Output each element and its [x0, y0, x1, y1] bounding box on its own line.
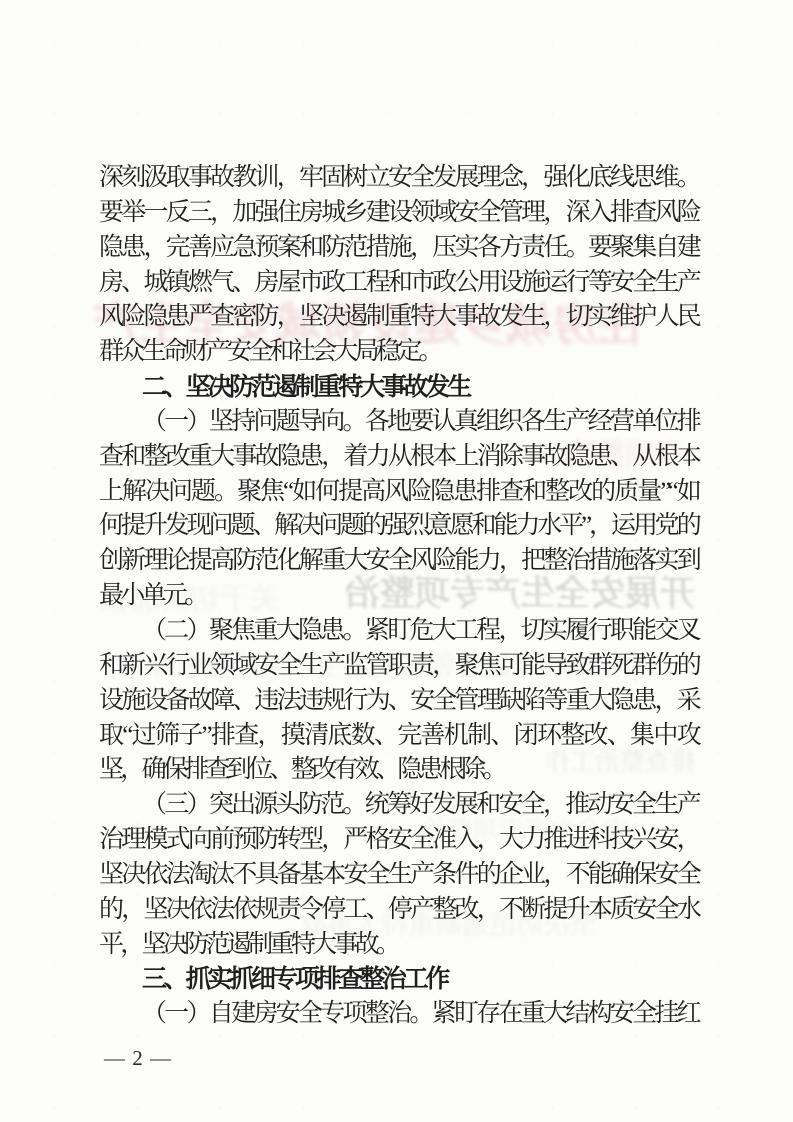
- body-text-line: 深刻汲取事故教训，牢固树立安全发展理念，强化底线思维。: [99, 161, 698, 196]
- scanned-document-page: 住房城乡建设领域安全生产 专项整治 开展安全生产专项整治 关于切实加强 住房城乡…: [0, 0, 793, 1122]
- body-text-line: 最小单元。: [99, 579, 698, 614]
- body-text-line: 查和整改重大事故隐患，着力从根本上消除事故隐患、从根本: [99, 440, 698, 475]
- body-text-line: （二）聚焦重大隐患。紧盯危大工程，切实履行职能交叉: [99, 614, 698, 649]
- body-text-line: 坚，确保排查到位、整改有效、隐患根除。: [99, 753, 698, 788]
- document-text-block: 深刻汲取事故教训，牢固树立安全发展理念，强化底线思维。 要举一反三，加强住房城乡…: [99, 161, 698, 1032]
- page-number: — 2 —: [104, 1043, 172, 1073]
- body-text-line: 创新理论提高防范化解重大安全风险能力，把整治措施落实到: [99, 544, 698, 579]
- body-text-line: 上解决问题。聚焦“如何提高风险隐患排查和整改的质量”“如: [99, 475, 698, 510]
- body-text-line: 隐患，完善应急预案和防范措施，压实各方责任。要聚集自建: [99, 231, 698, 266]
- body-text-line: （三）突出源头防范。统筹好发展和安全，推动安全生产: [99, 788, 698, 823]
- body-text-line: 群众生命财产安全和社会大局稳定。: [99, 335, 698, 370]
- body-text-line: 治理模式向前预防转型，严格安全准入，大力推进科技兴安，: [99, 823, 698, 858]
- body-text-line: 风险隐患严查密防，坚决遏制重特大事故发生，切实维护人民: [99, 300, 698, 335]
- section-heading-2: 二、坚决防范遏制重特大事故发生: [99, 370, 698, 405]
- body-text-line: 取“过筛子”排查，摸清底数、完善机制、闭环整改、集中攻: [99, 719, 698, 754]
- body-text-line: 要举一反三，加强住房城乡建设领域安全管理，深入排查风险: [99, 196, 698, 231]
- body-text-line: 坚决依法淘汰不具备基本安全生产条件的企业，不能确保安全: [99, 858, 698, 893]
- body-text-line: 何提升发现问题、解决问题的强烈意愿和能力水平”，运用党的: [99, 509, 698, 544]
- body-text-line: （一）自建房安全专项整治。紧盯存在重大结构安全挂红: [99, 997, 698, 1032]
- body-text-line: 和新兴行业领域安全生产监管职责，聚焦可能导致群死群伤的: [99, 649, 698, 684]
- body-text-line: 平，坚决防范遏制重特大事故。: [99, 928, 698, 963]
- body-text-line: （一）坚持问题导向。各地要认真组织各生产经营单位排: [99, 405, 698, 440]
- section-heading-3: 三、抓实抓细专项排查整治工作: [99, 962, 698, 997]
- body-text-line: 的，坚决依法依规责令停工、停产整改，不断提升本质安全水: [99, 893, 698, 928]
- body-text-line: 房、城镇燃气、房屋市政工程和市政公用设施运行等安全生产: [99, 266, 698, 301]
- body-text-line: 设施设备故障、违法违规行为、安全管理缺陷等重大隐患，采: [99, 684, 698, 719]
